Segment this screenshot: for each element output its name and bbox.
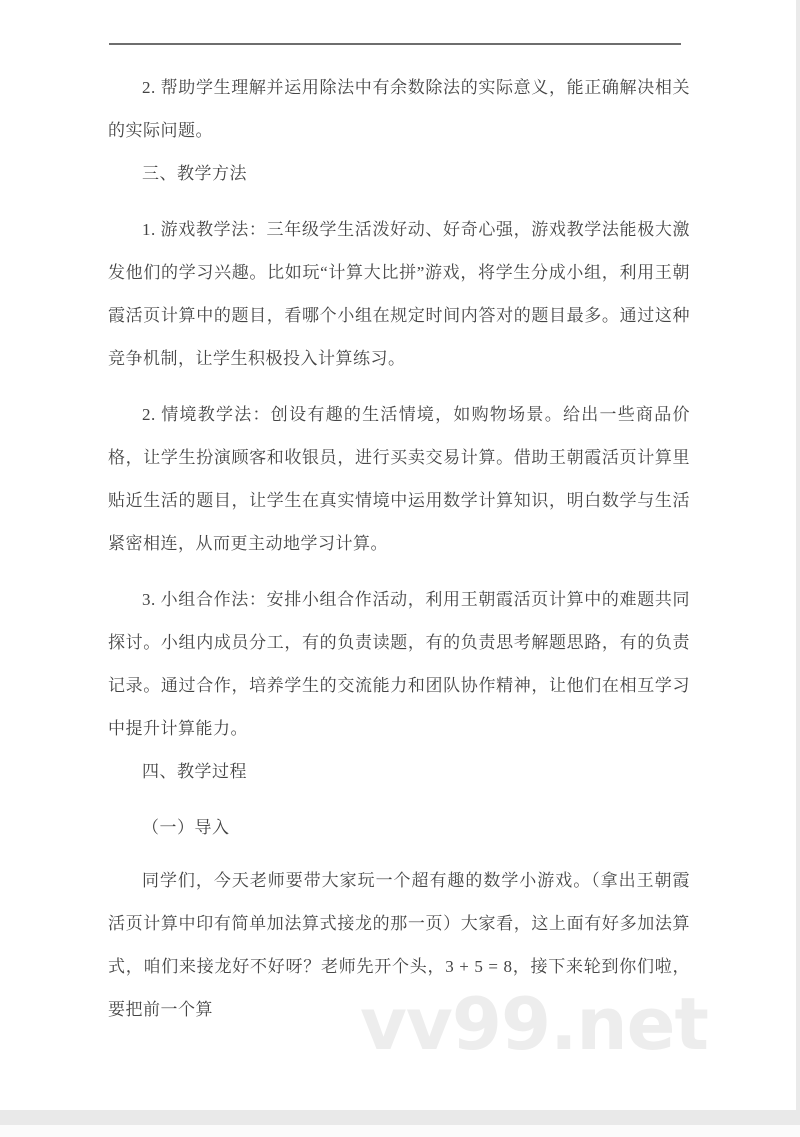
paragraph: 2. 情境教学法：创设有趣的生活情境，如购物场景。给出一些商品价格，让学生扮演顾… (108, 393, 690, 565)
horizontal-rule (109, 43, 681, 45)
section-heading: （一）导入 (108, 806, 690, 849)
document-body: 2. 帮助学生理解并运用除法中有余数除法的实际意义，能正确解决相关的实际问题。三… (108, 66, 690, 1031)
section-heading: 三、教学方法 (108, 152, 690, 195)
paragraph: 1. 游戏教学法：三年级学生活泼好动、好奇心强，游戏教学法能极大激发他们的学习兴… (108, 208, 690, 380)
paragraph: 3. 小组合作法：安排小组合作活动，利用王朝霞活页计算中的难题共同探讨。小组内成… (108, 578, 690, 750)
watermark: vv99.net (360, 988, 708, 1060)
page-separator (0, 1110, 800, 1125)
paragraph: 2. 帮助学生理解并运用除法中有余数除法的实际意义，能正确解决相关的实际问题。 (108, 66, 690, 152)
page-edge-strip (796, 0, 800, 1110)
section-heading: 四、教学过程 (108, 750, 690, 793)
next-page-top (0, 1125, 800, 1137)
document-page: 2. 帮助学生理解并运用除法中有余数除法的实际意义，能正确解决相关的实际问题。三… (0, 0, 800, 1110)
